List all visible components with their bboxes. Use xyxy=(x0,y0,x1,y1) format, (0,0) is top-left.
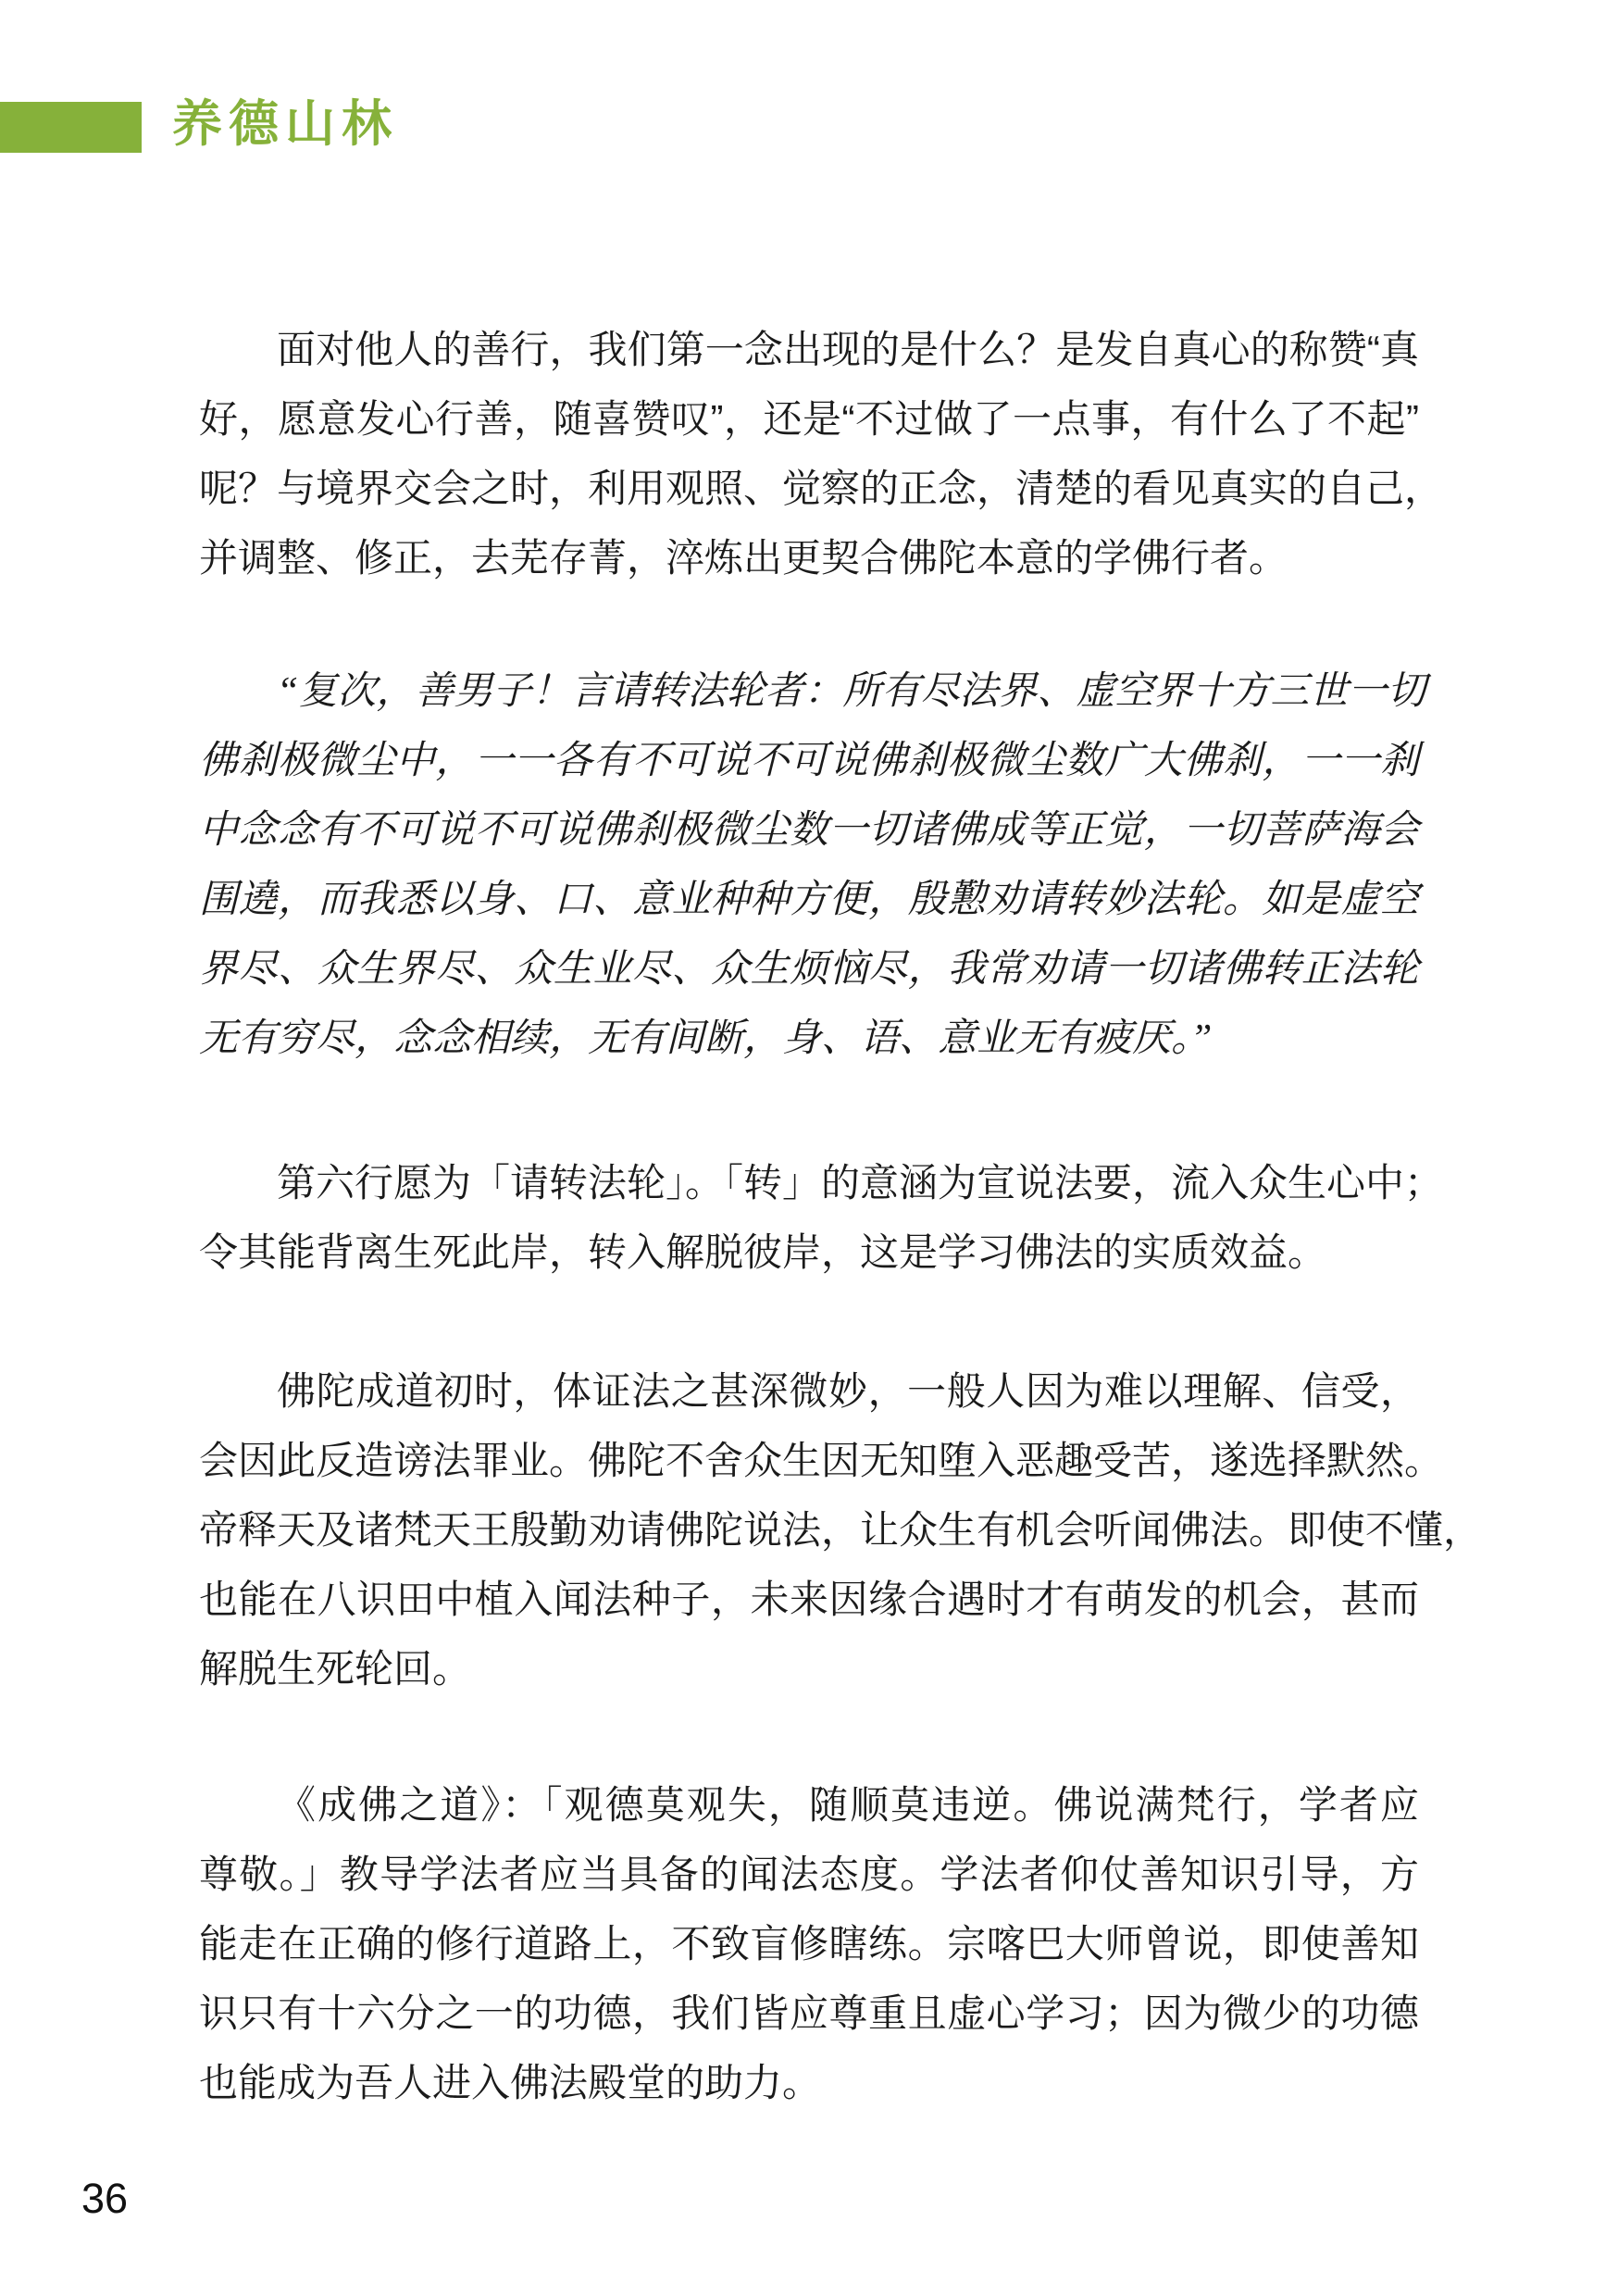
text-line: 《成佛之道》：「观德莫观失，随顺莫违逆。佛说满梵行，学者应 xyxy=(199,1770,1419,1840)
text-line: “复次，善男子！言请转法轮者：所有尽法界、虚空界十方三世一切 xyxy=(199,657,1419,727)
text-line: 佛陀成道初时，体证法之甚深微妙，一般人因为难以理解、信受， xyxy=(199,1356,1419,1426)
text-line: 无有穷尽，念念相续，无有间断，身、语、意业无有疲厌。” xyxy=(199,1004,1419,1074)
text-line: 帝释天及诸梵天王殷勤劝请佛陀说法，让众生有机会听闻佛法。即使不懂， xyxy=(199,1495,1419,1565)
text-line: 也能成为吾人进入佛法殿堂的助力。 xyxy=(199,2048,1419,2117)
text-line: 能走在正确的修行道路上，不致盲修瞎练。宗喀巴大师曾说，即使善知 xyxy=(199,1909,1419,1978)
quote-paragraph: “复次，善男子！言请转法轮者：所有尽法界、虚空界十方三世一切佛刹极微尘中，一一各… xyxy=(199,657,1419,1074)
text-line: 会因此反造谤法罪业。佛陀不舍众生因无知堕入恶趣受苦，遂选择默然。 xyxy=(199,1426,1419,1495)
text-line: 界尽、众生界尽、众生业尽、众生烦恼尽，我常劝请一切诸佛转正法轮 xyxy=(199,935,1419,1004)
text-line: 解脱生死轮回。 xyxy=(199,1634,1419,1703)
text-line: 识只有十六分之一的功德，我们皆应尊重且虚心学习；因为微少的功德 xyxy=(199,1978,1419,2048)
paragraph: 佛陀成道初时，体证法之甚深微妙，一般人因为难以理解、信受，会因此反造谤法罪业。佛… xyxy=(199,1356,1419,1703)
paragraph: 面对他人的善行，我们第一念出现的是什么？是发自真心的称赞“真好，愿意发心行善，随… xyxy=(199,315,1419,593)
text-line: 并调整、修正，去芜存菁，淬炼出更契合佛陀本意的学佛行者。 xyxy=(199,523,1419,593)
text-line: 令其能背离生死此岸，转入解脱彼岸，这是学习佛法的实质效益。 xyxy=(199,1217,1419,1287)
text-line: 佛刹极微尘中，一一各有不可说不可说佛刹极微尘数广大佛刹，一一刹 xyxy=(199,727,1419,796)
text-line: 面对他人的善行，我们第一念出现的是什么？是发自真心的称赞“真 xyxy=(199,315,1419,384)
book-page: 养德山林 面对他人的善行，我们第一念出现的是什么？是发自真心的称赞“真好，愿意发… xyxy=(0,0,1618,2296)
paragraph: 《成佛之道》：「观德莫观失，随顺莫违逆。佛说满梵行，学者应尊敬。」教导学法者应当… xyxy=(199,1770,1419,2117)
paragraph: 第六行愿为「请转法轮」。「转」的意涵为宣说法要，流入众生心中；令其能背离生死此岸… xyxy=(199,1148,1419,1287)
text-line: 好，愿意发心行善，随喜赞叹”，还是“不过做了一点事，有什么了不起” xyxy=(199,384,1419,454)
text-line: 尊敬。」教导学法者应当具备的闻法态度。学法者仰仗善知识引导，方 xyxy=(199,1840,1419,1909)
text-line: 呢？与境界交会之时，利用观照、觉察的正念，清楚的看见真实的自己， xyxy=(199,454,1419,523)
text-line: 中念念有不可说不可说佛刹极微尘数一切诸佛成等正觉，一切菩萨海会 xyxy=(199,796,1419,866)
page-title: 养德山林 xyxy=(172,94,398,154)
text-line: 也能在八识田中植入闻法种子，未来因缘合遇时才有萌发的机会，甚而 xyxy=(199,1565,1419,1634)
header-accent-bar xyxy=(0,102,142,153)
text-line: 第六行愿为「请转法轮」。「转」的意涵为宣说法要，流入众生心中； xyxy=(199,1148,1419,1217)
text-line: 围遶，而我悉以身、口、意业种种方便，殷懃劝请转妙法轮。如是虚空 xyxy=(199,866,1419,935)
body-text: 面对他人的善行，我们第一念出现的是什么？是发自真心的称赞“真好，愿意发心行善，随… xyxy=(199,315,1419,2117)
page-number: 36 xyxy=(81,2176,128,2222)
